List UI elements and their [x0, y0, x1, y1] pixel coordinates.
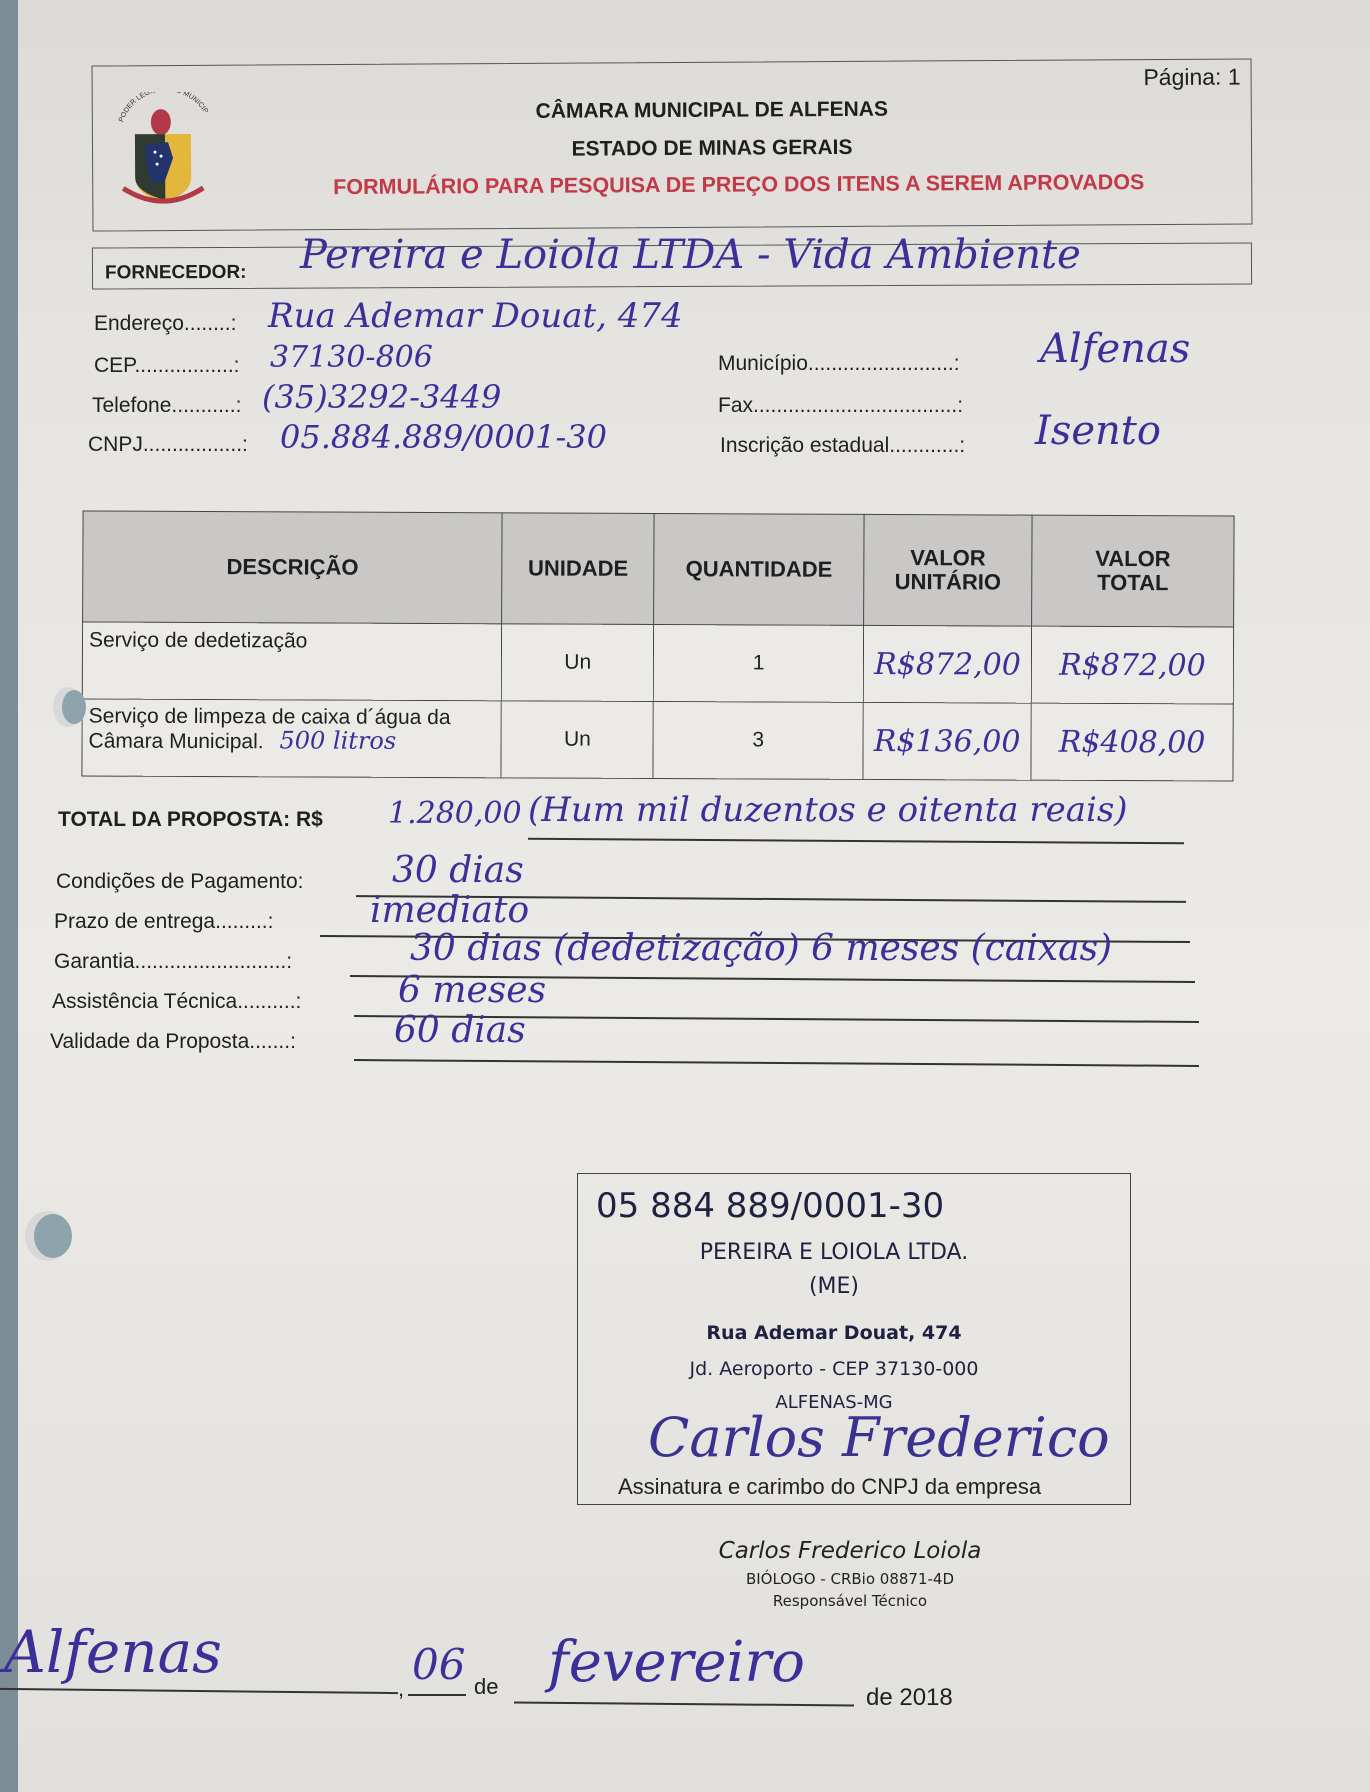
table-header-row: DESCRIÇÃO UNIDADE QUANTIDADE VALOR UNITÁ…: [83, 511, 1234, 627]
row-total[interactable]: R$408,00: [1031, 703, 1233, 781]
delivery-value[interactable]: imediato: [370, 890, 529, 931]
signature: Carlos Frederico: [648, 1406, 1110, 1469]
validity-value[interactable]: 60 dias: [394, 1010, 526, 1051]
date-month[interactable]: fevereiro: [548, 1630, 805, 1695]
row-total[interactable]: R$872,00: [1031, 626, 1233, 704]
row-unit: Un: [502, 624, 654, 702]
row-description: Serviço de limpeza de caixa d´água da Câ…: [82, 699, 502, 778]
row-unit-price[interactable]: R$872,00: [863, 625, 1031, 703]
payment-terms-value[interactable]: 30 dias: [392, 850, 524, 891]
row-description-note[interactable]: 500 litros: [279, 726, 396, 755]
row-description: Serviço de dedetização: [82, 622, 502, 701]
stamp-company-type: (ME): [538, 1274, 1130, 1299]
company-stamp-box: 05 884 889/0001-30 PEREIRA E LOIOLA LTDA…: [577, 1173, 1131, 1505]
date-comma: ,: [398, 1676, 404, 1702]
city-label: Município.........................:: [718, 352, 960, 376]
tech-support-label: Assistência Técnica..........:: [52, 990, 301, 1014]
warranty-value[interactable]: 30 dias (dedetização) 6 meses (caixas): [410, 928, 1112, 969]
fax-label: Fax...................................:: [718, 394, 963, 418]
items-table: DESCRIÇÃO UNIDADE QUANTIDADE VALOR UNITÁ…: [81, 510, 1234, 781]
row-quantity: 3: [653, 701, 863, 779]
responsible-role: Responsável Técnico: [680, 1592, 1020, 1610]
state-registration-label: Inscrição estadual............:: [720, 434, 965, 458]
supplier-label: FORNECEDOR:: [105, 262, 247, 285]
supplier-name-value[interactable]: Pereira e Loiola LTDA - Vida Ambiente: [300, 232, 1081, 278]
state-registration-value[interactable]: Isento: [1035, 408, 1161, 454]
address-label: Endereço........:: [94, 312, 236, 336]
phone-value[interactable]: (35)3292-3449: [262, 378, 501, 416]
total-value[interactable]: 1.280,00: [388, 796, 522, 831]
cnpj-label: CNPJ.................:: [88, 433, 248, 457]
page-number: Página: 1: [1143, 64, 1240, 92]
payment-terms-label: Condições de Pagamento:: [56, 870, 304, 894]
date-day-line: [408, 1694, 466, 1696]
state-name: ESTADO DE MINAS GERAIS: [93, 133, 1251, 164]
responsible-title: BIÓLOGO - CRBio 08871-4D: [680, 1570, 1020, 1588]
tech-support-value[interactable]: 6 meses: [398, 970, 546, 1011]
date-city[interactable]: Alfenas: [4, 1618, 222, 1686]
row-quantity: 1: [654, 624, 864, 702]
col-unit-price: VALOR UNITÁRIO: [864, 514, 1032, 626]
background-edge: [0, 0, 18, 1792]
cnpj-value[interactable]: 05.884.889/0001-30: [280, 418, 607, 456]
stamp-district: Jd. Aeroporto - CEP 37130-000: [538, 1358, 1130, 1380]
delivery-label: Prazo de entrega.........:: [54, 910, 273, 934]
phone-label: Telefone...........:: [92, 394, 241, 418]
col-quantity: QUANTIDADE: [654, 513, 864, 625]
row-unit: Un: [501, 701, 653, 779]
col-unit: UNIDADE: [502, 513, 654, 625]
validity-label: Validade da Proposta.......:: [50, 1030, 296, 1054]
col-total: VALOR TOTAL: [1032, 515, 1234, 627]
address-value[interactable]: Rua Ademar Douat, 474: [268, 296, 683, 336]
institution-name: CÂMARA MUNICIPAL DE ALFENAS: [93, 95, 1251, 126]
stamp-company: PEREIRA E LOIOLA LTDA.: [538, 1240, 1130, 1265]
table-row: Serviço de dedetização Un 1 R$872,00 R$8…: [82, 622, 1233, 704]
row-unit-price[interactable]: R$136,00: [863, 702, 1031, 780]
total-in-words[interactable]: (Hum mil duzentos e oitenta reais): [528, 790, 1128, 830]
cep-label: CEP.................:: [94, 354, 240, 378]
date-sep-2: de 2018: [866, 1684, 953, 1712]
table-row: Serviço de limpeza de caixa d´água da Câ…: [82, 699, 1233, 781]
date-sep-1: de: [474, 1674, 498, 1700]
form-header: Página: 1 PODER LEGISLATIVO MUNICIPAL CÂ…: [92, 58, 1253, 231]
city-value[interactable]: Alfenas: [1040, 326, 1190, 372]
cep-value[interactable]: 37130-806: [270, 340, 433, 375]
stamp-street: Rua Ademar Douat, 474: [538, 1322, 1130, 1344]
total-label: TOTAL DA PROPOSTA: R$: [58, 808, 323, 832]
signature-caption: Assinatura e carimbo do CNPJ da empresa: [618, 1474, 1041, 1500]
punch-hole-top: [62, 690, 86, 724]
row-description-text: Serviço de limpeza de caixa d´água da Câ…: [89, 705, 451, 754]
col-description: DESCRIÇÃO: [83, 511, 503, 624]
responsible-name: Carlos Frederico Loiola: [680, 1538, 1020, 1564]
form-title: FORMULÁRIO PARA PESQUISA DE PREÇO DOS IT…: [333, 170, 1144, 200]
date-day[interactable]: 06: [412, 1640, 465, 1689]
punch-hole-bottom: [34, 1214, 72, 1258]
stamp-cnpj: 05 884 889/0001-30: [596, 1186, 1130, 1226]
warranty-label: Garantia..........................:: [54, 950, 292, 974]
